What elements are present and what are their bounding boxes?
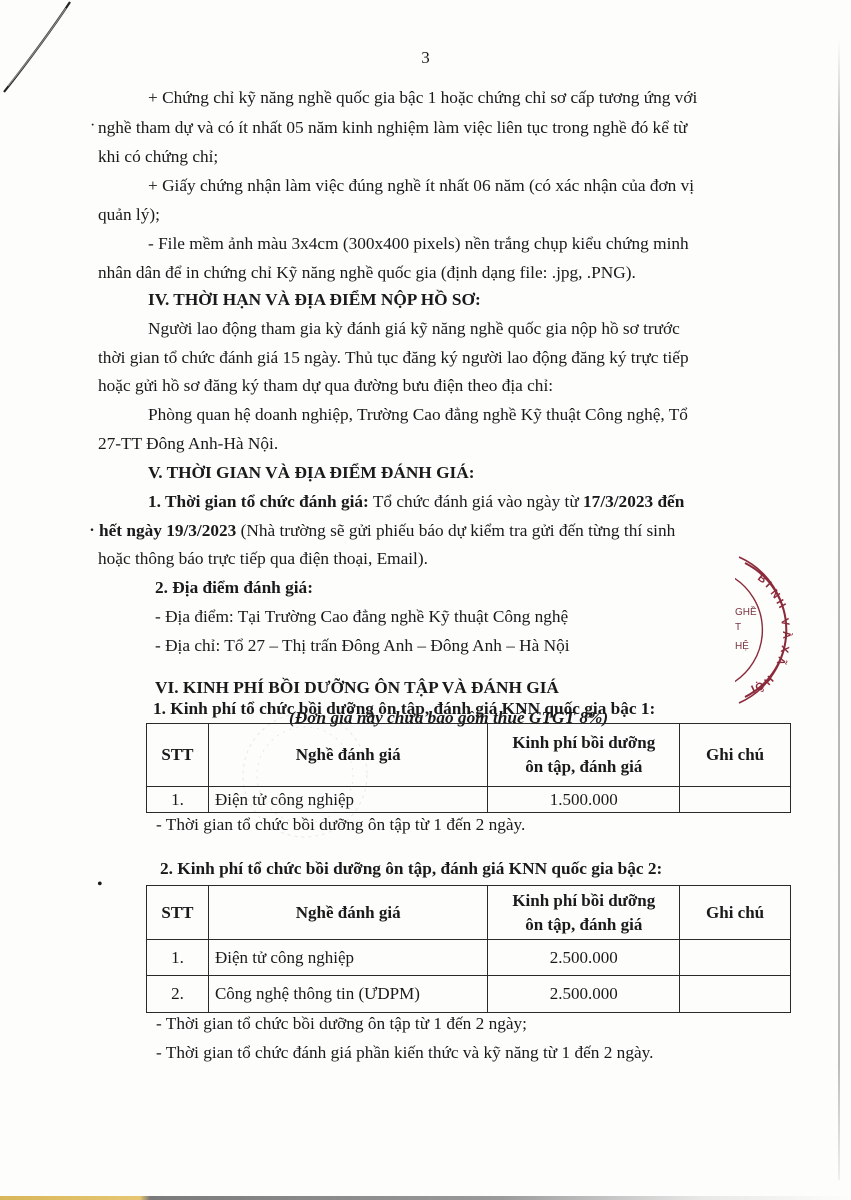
svg-text:GHỀ: GHỀ (735, 605, 757, 618)
section-v-heading: V. THỜI GIAN VÀ ĐỊA ĐIỂM ĐÁNH GIÁ: (148, 461, 474, 485)
scan-dot: . (90, 518, 94, 536)
section-iv-p2-line-1: Phòng quan hệ doanh nghiệp, Trường Cao đ… (148, 403, 688, 427)
section-iv-p1-line-3: hoặc gửi hồ sơ đăng ký tham dự qua đường… (98, 374, 553, 398)
time-date-end: hết ngày 19/3/2023 (99, 521, 236, 540)
svg-text:T: T (735, 622, 741, 633)
section-v-time-line-1: 1. Thời gian tổ chức đánh giá: Tổ chức đ… (148, 490, 684, 514)
req-cert-line-2: nghề tham dự và có ít nhất 05 năm kinh n… (98, 116, 687, 140)
section-iv-p2-line-2: 27-TT Đông Anh-Hà Nội. (98, 432, 278, 456)
level1-footnote: - Thời gian tổ chức bồi dưỡng ôn tập từ … (156, 813, 525, 837)
cell-note (680, 976, 791, 1013)
level2-fee-table: STT Nghề đánh giá Kinh phí bồi dưỡngôn t… (146, 885, 791, 1013)
svg-text:H: H (773, 598, 787, 611)
svg-text:À: À (780, 631, 793, 639)
scan-dot: • (97, 876, 103, 894)
time-date-start: 17/3/2023 đến (583, 492, 684, 511)
table-row: 1. Điện tử công nghiệp 1.500.000 (147, 787, 791, 813)
svg-text:V: V (778, 617, 791, 627)
scan-dot: · (90, 117, 95, 135)
svg-text:HỆ: HỆ (735, 639, 749, 652)
table-row: 1. Điện tử công nghiệp 2.500.000 (147, 940, 791, 976)
svg-text:X: X (778, 644, 791, 654)
time-label: 1. Thời gian tổ chức đánh giá: (148, 492, 369, 511)
svg-text:Ã: Ã (774, 655, 789, 667)
level1-title: 1. Kinh phí tổ chức bồi dưỡng ôn tập, đá… (153, 697, 655, 721)
cell-stt: 2. (147, 976, 209, 1013)
req-work-line-1: + Giấy chứng nhận làm việc đúng nghề ít … (148, 174, 694, 198)
level2-footnote-1: - Thời gian tổ chức bồi dưỡng ôn tập từ … (156, 1012, 527, 1036)
level1-fee-table: STT Nghề đánh giá Kinh phí bồi dưỡngôn t… (146, 723, 791, 813)
page-number: 3 (0, 48, 851, 68)
cell-stt: 1. (147, 940, 209, 976)
place-address: - Địa chỉ: Tổ 27 – Thị trấn Đông Anh – Đ… (155, 634, 570, 658)
section-v-time-line-2: hết ngày 19/3/2023 (Nhà trường sẽ gửi ph… (99, 519, 675, 543)
section-iv-heading: IV. THỜI HẠN VÀ ĐỊA ĐIỂM NỘP HỒ SƠ: (148, 288, 481, 312)
level2-footnote-2: - Thời gian tổ chức đánh giá phần kiến t… (156, 1041, 653, 1065)
col-note: Ghi chú (680, 724, 791, 787)
table-header-row: STT Nghề đánh giá Kinh phí bồi dưỡngôn t… (147, 724, 791, 787)
place-venue: - Địa điểm: Tại Trường Cao đẳng nghề Kỹ … (155, 605, 568, 629)
section-v-time-line-3: hoặc thông báo trực tiếp qua điện thoại,… (98, 547, 428, 571)
scan-edge (838, 40, 840, 1180)
section-iv-p1-line-2: thời gian tổ chức đánh giá 15 ngày. Thủ … (98, 346, 689, 370)
section-iv-p1-line-1: Người lao động tham gia kỳ đánh giá kỹ n… (148, 317, 680, 341)
req-photo-line-1: - File mềm ảnh màu 3x4cm (300x400 pixels… (148, 232, 689, 256)
col-note: Ghi chú (680, 886, 791, 940)
col-fee: Kinh phí bồi dưỡngôn tập, đánh giá (488, 886, 680, 940)
cell-trade: Công nghệ thông tin (ƯDPM) (208, 976, 488, 1013)
cell-note (680, 940, 791, 976)
col-stt: STT (147, 886, 209, 940)
cell-fee: 1.500.000 (488, 787, 680, 813)
cell-fee: 2.500.000 (488, 976, 680, 1013)
col-trade: Nghề đánh giá (208, 724, 487, 787)
table-header-row: STT Nghề đánh giá Kinh phí bồi dưỡngôn t… (147, 886, 791, 940)
req-cert-line-3: khi có chứng chỉ; (98, 145, 218, 169)
time-text-2: (Nhà trường sẽ gửi phiếu báo dự kiểm tra… (236, 521, 675, 540)
cell-stt: 1. (147, 787, 209, 813)
col-trade: Nghề đánh giá (208, 886, 488, 940)
req-work-line-2: quản lý); (98, 203, 160, 227)
col-stt: STT (147, 724, 209, 787)
level2-title: 2. Kinh phí tổ chức bồi dưỡng ôn tập, đá… (160, 857, 662, 881)
scan-bottom-edge (0, 1196, 851, 1200)
req-cert-line-1: + Chứng chỉ kỹ năng nghề quốc gia bậc 1 … (148, 86, 697, 110)
cell-trade: Điện tử công nghiệp (208, 787, 487, 813)
time-text-1: Tổ chức đánh giá vào ngày từ (369, 492, 583, 511)
cell-trade: Điện tử công nghiệp (208, 940, 488, 976)
document-page: 3 + Chứng chỉ kỹ năng nghề quốc gia bậc … (0, 0, 851, 1200)
table-row: 2. Công nghệ thông tin (ƯDPM) 2.500.000 (147, 976, 791, 1013)
col-fee: Kinh phí bồi dưỡngôn tập, đánh giá (488, 724, 680, 787)
cell-note (680, 787, 791, 813)
cell-fee: 2.500.000 (488, 940, 680, 976)
official-stamp-icon: B I N H V À X Ã H Ộ I GHỀ T HỆ (735, 555, 835, 705)
req-photo-line-2: nhân dân để in chứng chỉ Kỹ năng nghề qu… (98, 261, 636, 285)
place-label: 2. Địa điểm đánh giá: (155, 576, 313, 600)
